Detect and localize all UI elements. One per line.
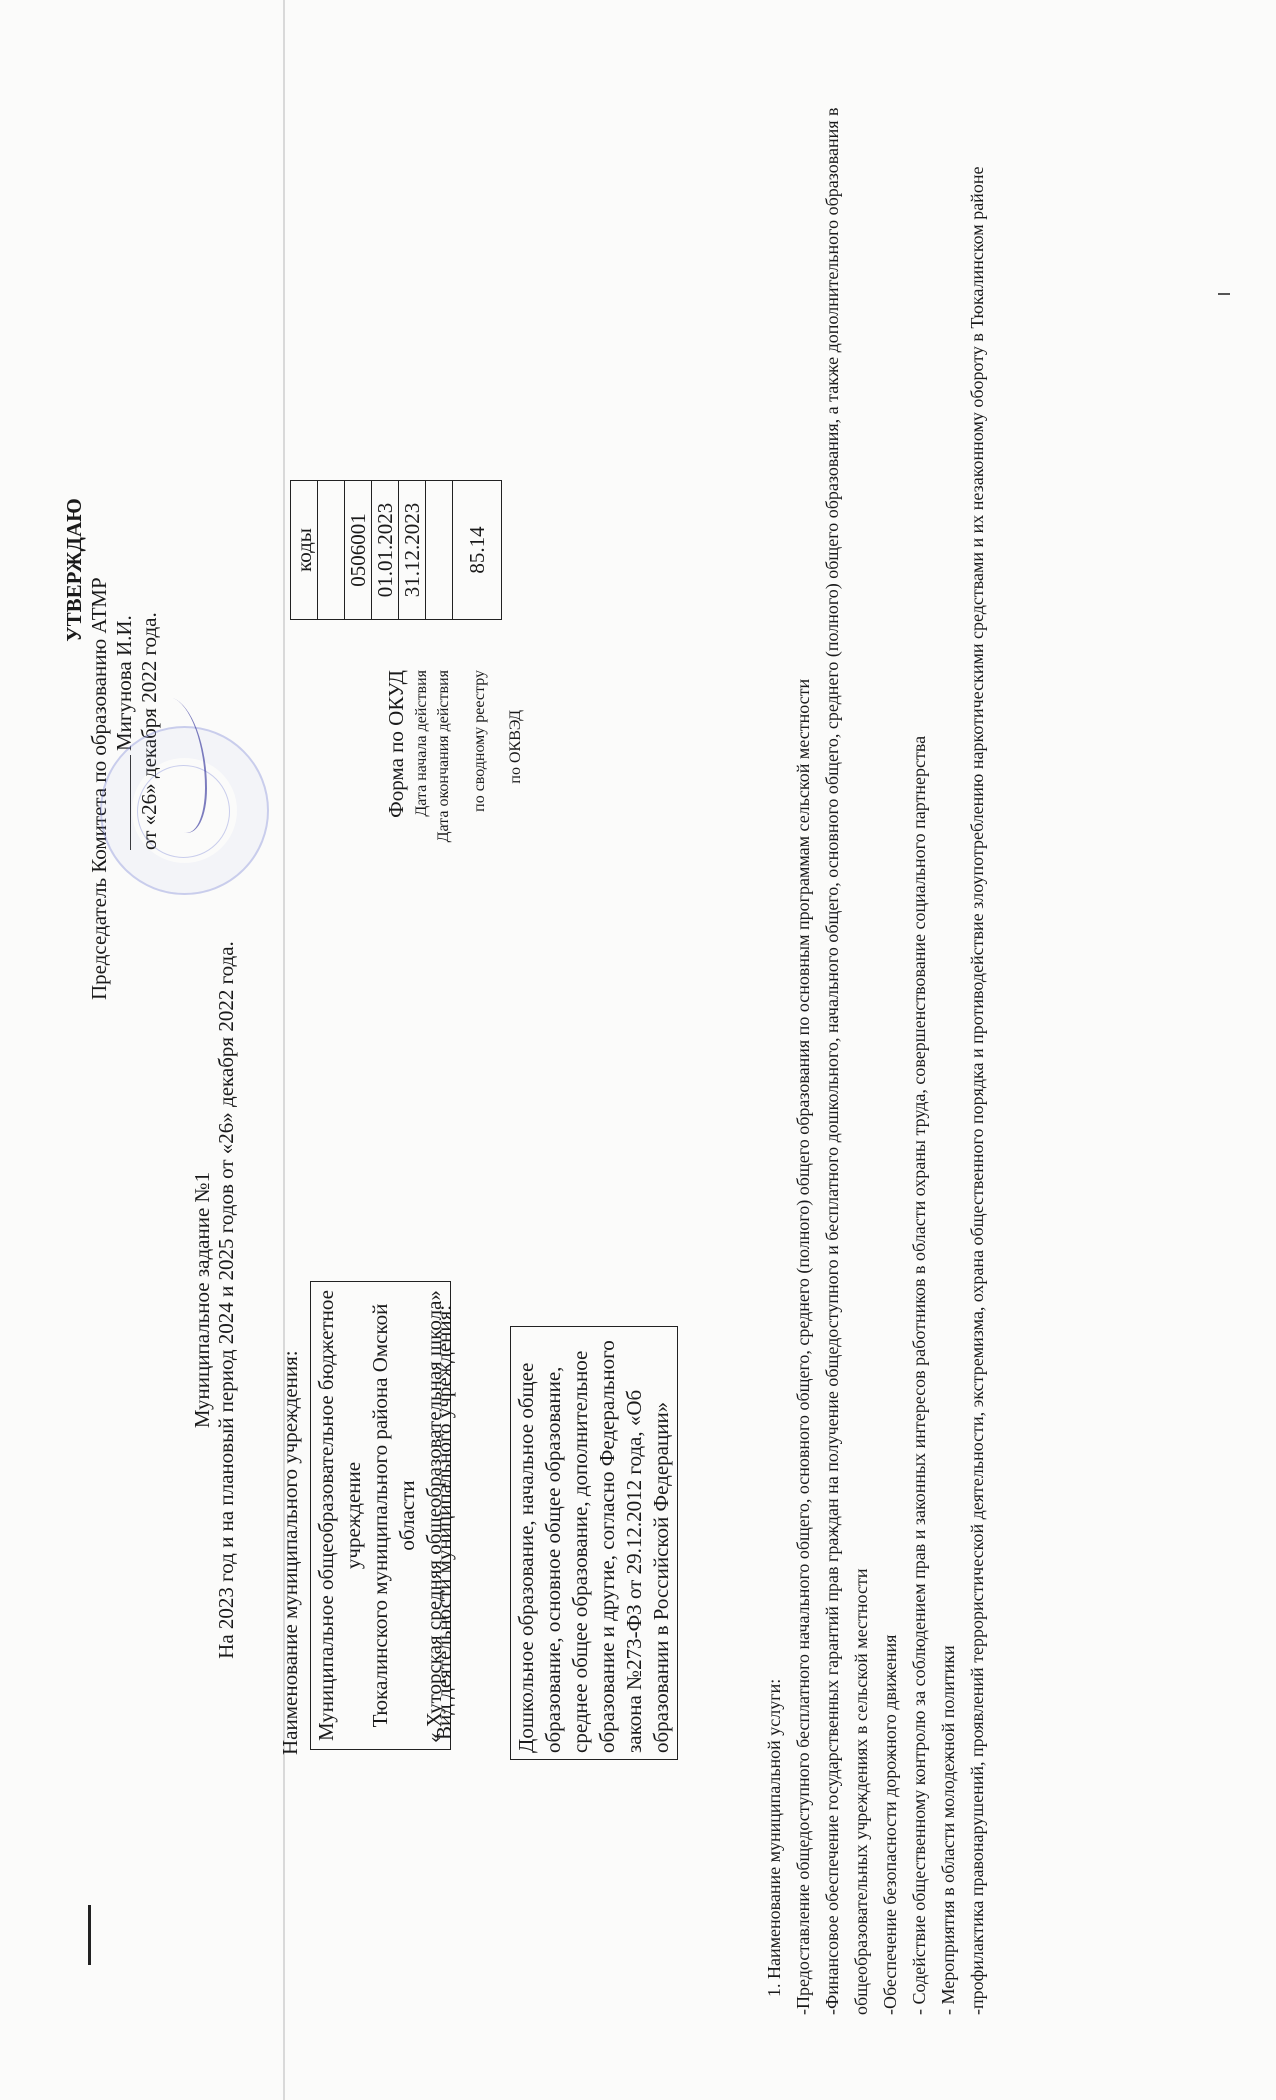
approval-name: Мигунова И.И. <box>112 615 136 751</box>
service-item: - Мероприятия в области молодежной полит… <box>934 55 963 2015</box>
title-line-1: Муниципальное задание №1 <box>190 900 214 1700</box>
services-header: 1. Наименование муниципальной услуги: <box>760 55 789 2015</box>
approval-heading: УТВЕРЖДАЮ <box>62 200 87 1000</box>
service-item: -Предоставление общедоступного бесплатно… <box>789 55 818 2015</box>
title-line-2: На 2023 год и на плановый период 2024 и … <box>214 900 238 1700</box>
service-item: - Содействие общественному контролю за с… <box>905 55 934 2015</box>
codes-header: коды <box>291 481 318 620</box>
services-section: 1. Наименование муниципальной услуги: -П… <box>760 55 992 2015</box>
codes-table: коды 0506001 01.01.2023 31.12.2023 85.14 <box>290 480 502 620</box>
registry-code <box>426 481 453 620</box>
end-date-code: 31.12.2023 <box>399 481 426 620</box>
activity-label: Вид деятельности муниципального учрежден… <box>432 1305 457 1740</box>
institution-name-box: Муниципальное общеобразовательное бюджет… <box>310 1281 451 1750</box>
scan-mark-vertical <box>88 1905 91 1965</box>
form-labels: Форма по ОКУД Дата начала действия Дата … <box>385 670 527 920</box>
codes-empty-cell <box>318 481 345 620</box>
service-item: -профилактика правонарушений, проявлений… <box>963 55 992 2015</box>
okud-label: Форма по ОКУД <box>385 670 407 920</box>
okud-code: 0506001 <box>345 481 372 620</box>
document-title: Муниципальное задание №1 На 2023 год и н… <box>190 900 238 1700</box>
start-date-code: 01.01.2023 <box>372 481 399 620</box>
approval-position: Председатель Комитета по образованию АТМ… <box>87 200 112 1000</box>
institution-label: Наименование муниципального учреждения: <box>278 1350 303 1755</box>
okved-code: 85.14 <box>453 481 502 620</box>
document-page: УТВЕРЖДАЮ Председатель Комитета по образ… <box>0 0 1276 2100</box>
handwritten-signature-icon <box>150 690 207 841</box>
okved-label: по ОКВЭД <box>505 670 527 920</box>
institution-line: Муниципальное общеобразовательное бюджет… <box>313 1288 367 1743</box>
scan-dot <box>1218 293 1230 295</box>
institution-line: Тюкалинского муниципального района Омско… <box>367 1288 421 1743</box>
service-item: -Обеспечение безопасности дорожного движ… <box>876 55 905 2015</box>
registry-label: по сводному реестру <box>469 670 491 920</box>
scan-edge-line <box>283 0 285 2100</box>
activity-box: Дошкольное образование, начальное общее … <box>510 1326 678 1760</box>
end-date-label: Дата окончания действия <box>433 670 455 920</box>
start-date-label: Дата начала действия <box>411 670 433 920</box>
service-item: -Финансовое обеспечение государственных … <box>818 55 876 2015</box>
